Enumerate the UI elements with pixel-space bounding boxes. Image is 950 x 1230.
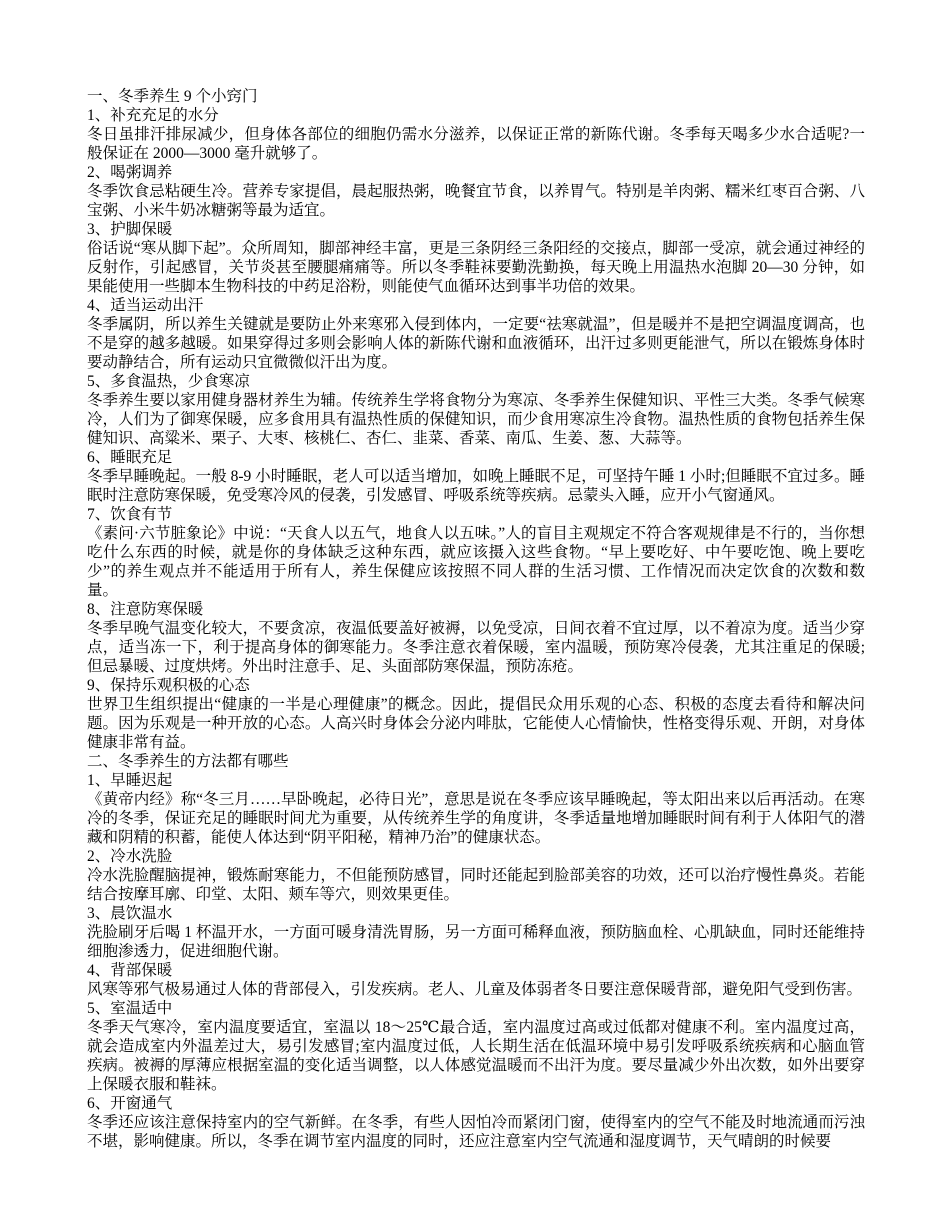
body-paragraph: 冬季养生要以家用健身器材养生为辅。传统养生学将食物分为寒凉、冬季养生保健知识、平… [87,391,865,448]
body-paragraph: 洗脸刷牙后喝 1 杯温开水，一方面可暖身清洗胃肠，另一方面可稀释血液，预防脑血栓… [87,923,865,961]
document-page: 一、冬季养生 9 个小窍门1、补充充足的水分冬日虽排汗排尿减少，但身体各部位的细… [0,0,950,1230]
body-paragraph: 俗话说“寒从脚下起”。众所周知，脚部神经丰富，更是三条阴经三条阳经的交接点，脚部… [87,239,865,296]
section-heading: 一、冬季养生 9 个小窍门 [87,87,865,106]
body-paragraph: 《黄帝内经》称“冬三月……早卧晚起，必待日光”，意思是说在冬季应该早睡晚起，等太… [87,790,865,847]
section-heading: 7、饮食有节 [87,505,865,524]
section-heading: 3、护脚保暖 [87,220,865,239]
body-paragraph: 冬季还应该注意保持室内的空气新鲜。在冬季，有些人因怕冷而紧闭门窗，使得室内的空气… [87,1113,865,1151]
section-heading: 8、注意防寒保暖 [87,600,865,619]
document-body: 一、冬季养生 9 个小窍门1、补充充足的水分冬日虽排汗排尿减少，但身体各部位的细… [87,87,865,1151]
section-heading: 1、早睡迟起 [87,771,865,790]
body-paragraph: 冬季早晚气温变化较大，不要贪凉，夜温低要盖好被褥，以免受凉，日间衣着不宜过厚，以… [87,619,865,676]
body-paragraph: 冬季属阴，所以养生关键就是要防止外来寒邪入侵到体内，一定要“祛寒就温”，但是暖并… [87,315,865,372]
body-paragraph: 世界卫生组织提出“健康的一半是心理健康”的概念。因此，提倡民众用乐观的心态、积极… [87,695,865,752]
body-paragraph: 冬季饮食忌粘硬生冷。营养专家提倡，晨起服热粥，晚餐宜节食，以养胃气。特别是羊肉粥… [87,182,865,220]
section-heading: 9、保持乐观积极的心态 [87,676,865,695]
body-paragraph: 冷水洗脸醒脑提神，锻炼耐寒能力，不但能预防感冒，同时还能起到脸部美容的功效，还可… [87,866,865,904]
section-heading: 6、睡眠充足 [87,448,865,467]
section-heading: 5、多食温热，少食寒凉 [87,372,865,391]
section-heading: 2、冷水洗脸 [87,847,865,866]
body-paragraph: 风寒等邪气极易通过人体的背部侵入，引发疾病。老人、儿童及体弱者冬日要注意保暖背部… [87,980,865,999]
section-heading: 二、冬季养生的方法都有哪些 [87,752,865,771]
section-heading: 2、喝粥调养 [87,163,865,182]
body-paragraph: 冬季早睡晚起。一般 8-9 小时睡眠，老人可以适当增加，如晚上睡眠不足，可坚持午… [87,467,865,505]
section-heading: 4、适当运动出汗 [87,296,865,315]
section-heading: 4、背部保暖 [87,961,865,980]
section-heading: 5、室温适中 [87,999,865,1018]
section-heading: 1、补充充足的水分 [87,106,865,125]
body-paragraph: 《素问·六节脏象论》中说：“天食人以五气，地食人以五味。”人的盲目主观规定不符合… [87,524,865,600]
body-paragraph: 冬季天气寒冷，室内温度要适宜，室温以 18～25℃最合适，室内温度过高或过低都对… [87,1018,865,1094]
section-heading: 3、晨饮温水 [87,904,865,923]
section-heading: 6、开窗通气 [87,1094,865,1113]
body-paragraph: 冬日虽排汗排尿减少，但身体各部位的细胞仍需水分滋养，以保证正常的新陈代谢。冬季每… [87,125,865,163]
